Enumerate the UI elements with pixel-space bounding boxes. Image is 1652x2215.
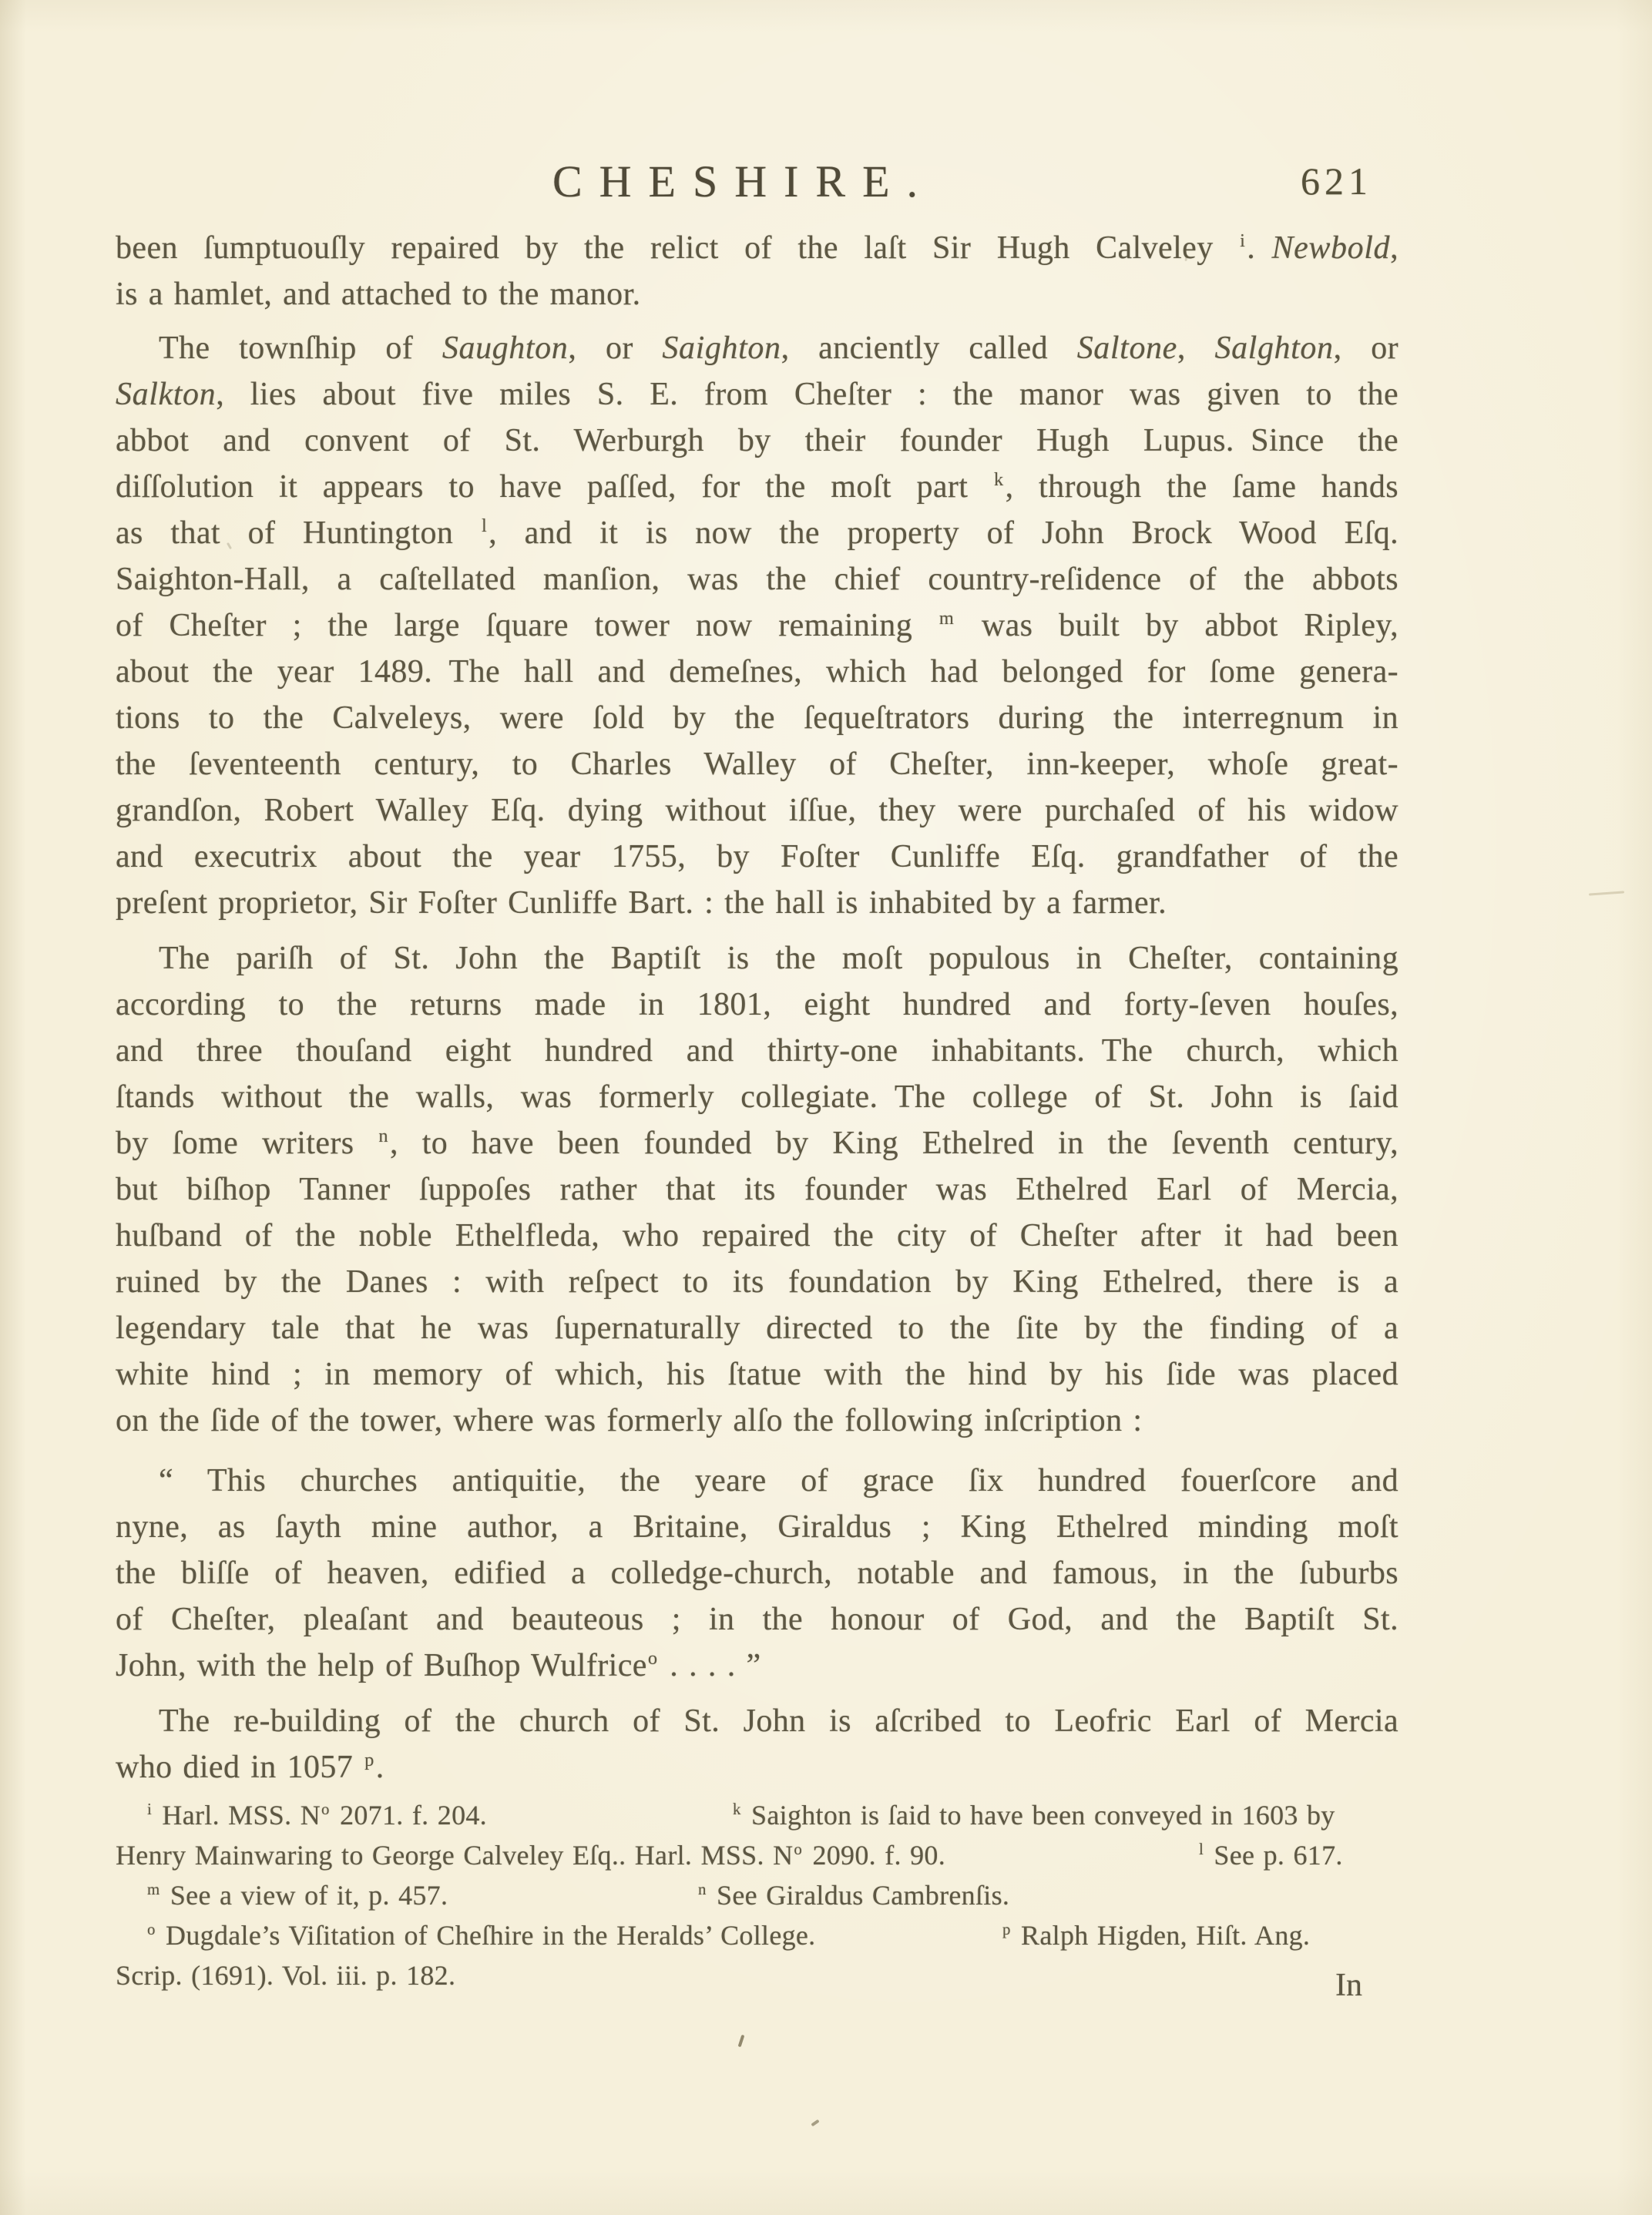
text-line: Saighton-Hall, a caſtellated manſion, wa… xyxy=(116,556,1398,602)
footnote-segment: Scrip. (1691). Vol. iii. p. 182. xyxy=(116,1955,455,1995)
running-title: CHESHIRE. xyxy=(552,156,935,207)
footnote-line: Scrip. (1691). Vol. iii. p. 182. xyxy=(116,1955,1398,1995)
text-line: John, with the help of Buſhop Wulfriceo … xyxy=(116,1643,1398,1689)
paragraph: The re-building of the church of St. Joh… xyxy=(116,1698,1398,1790)
text-line: “ This churches antiquitie, the yeare of… xyxy=(116,1458,1398,1504)
footnote-segment: Henry Mainwaring to George Calveley Eſq.… xyxy=(116,1835,945,1875)
body-text: been ſumptuouſly repaired by the relict … xyxy=(116,225,1398,1790)
text-line: of Cheſter, pleaſant and beauteous ; in … xyxy=(116,1596,1398,1643)
paper-speck xyxy=(738,2035,745,2047)
text-line: but biſhop Tanner ſuppoſes rather that i… xyxy=(116,1166,1398,1213)
text-line: the ſeventeenth century, to Charles Wall… xyxy=(116,741,1398,787)
footnotes: i Harl. MSS. No 2071. f. 204.k Saighton … xyxy=(116,1795,1398,1995)
footnote-line: i Harl. MSS. No 2071. f. 204.k Saighton … xyxy=(116,1795,1398,1835)
footnote-segment: n See Giraldus Cambrenſis. xyxy=(697,1875,1009,1915)
footnote-segment: l See p. 617. xyxy=(1198,1835,1343,1875)
scanned-book-page: { "page": { "header": { "title": "CHESHI… xyxy=(0,0,1652,2215)
text-line: been ſumptuouſly repaired by the relict … xyxy=(116,225,1398,271)
paragraph: “ This churches antiquitie, the yeare of… xyxy=(116,1458,1398,1689)
text-line: grandſon, Robert Walley Eſq. dying witho… xyxy=(116,787,1398,834)
paper-scratch xyxy=(1589,891,1624,895)
text-line: The re-building of the church of St. Joh… xyxy=(116,1698,1398,1744)
text-line: according to the returns made in 1801, e… xyxy=(116,982,1398,1028)
footnote-segment: i Harl. MSS. No 2071. f. 204. xyxy=(146,1795,487,1835)
text-line: nyne, as ſayth mine author, a Britaine, … xyxy=(116,1504,1398,1550)
footnote-segment: o Dugdale’s Viſitation of Cheſhire in th… xyxy=(146,1915,815,1955)
footnote-segment: m See a view of it, p. 457. xyxy=(146,1875,448,1915)
text-line: of Cheſter ; the large ſquare tower now … xyxy=(116,602,1398,649)
text-line: and three thouſand eight hundred and thi… xyxy=(116,1028,1398,1074)
text-line: is a hamlet, and attached to the manor. xyxy=(116,271,1398,317)
text-line: the bliſſe of heaven, edified a colledge… xyxy=(116,1550,1398,1596)
text-line: ſtands without the walls, was formerly c… xyxy=(116,1074,1398,1120)
footnote-line: m See a view of it, p. 457.n See Giraldu… xyxy=(116,1875,1398,1915)
text-line: abbot and convent of St. Werburgh by the… xyxy=(116,418,1398,464)
text-line: legendary tale that he was ſupernaturall… xyxy=(116,1305,1398,1351)
text-line: huſband of the noble Ethelfleda, who rep… xyxy=(116,1213,1398,1259)
text-line: as that of Huntington l, and it is now t… xyxy=(116,510,1398,556)
footnote-line: o Dugdale’s Viſitation of Cheſhire in th… xyxy=(116,1915,1398,1955)
text-line: by ſome writers n, to have been founded … xyxy=(116,1120,1398,1166)
paragraph: The townſhip of Saughton, or Saighton, a… xyxy=(116,325,1398,926)
paragraph: been ſumptuouſly repaired by the relict … xyxy=(116,225,1398,317)
paper-speck xyxy=(811,2119,819,2127)
text-line: Salkton, lies about five miles S. E. fro… xyxy=(116,371,1398,418)
text-line: about the year 1489. The hall and demeſn… xyxy=(116,649,1398,695)
footnote-segment: k Saighton is ſaid to have been conveyed… xyxy=(732,1795,1335,1835)
text-line: preſent proprietor, Sir Foſter Cunliffe … xyxy=(116,880,1398,926)
text-line: ruined by the Danes : with reſpect to it… xyxy=(116,1259,1398,1305)
footnote-line: Henry Mainwaring to George Calveley Eſq.… xyxy=(116,1835,1398,1875)
text-line: white hind ; in memory of which, his ſta… xyxy=(116,1351,1398,1398)
text-line: The townſhip of Saughton, or Saighton, a… xyxy=(116,325,1398,371)
text-line: The pariſh of St. John the Baptiſt is th… xyxy=(116,935,1398,982)
catchword: In xyxy=(1335,1967,1362,2004)
page-number: 621 xyxy=(1301,159,1372,203)
text-line: and executrix about the year 1755, by Fo… xyxy=(116,834,1398,880)
footnote-segment: p Ralph Higden, Hiſt. Ang. xyxy=(1002,1915,1310,1955)
text-line: diſſolution it appears to have paſſed, f… xyxy=(116,464,1398,510)
text-line: on the ſide of the tower, where was form… xyxy=(116,1398,1398,1444)
paragraph: The pariſh of St. John the Baptiſt is th… xyxy=(116,935,1398,1444)
text-line: who died in 1057 p. xyxy=(116,1744,1398,1790)
text-line: tions to the Calveleys, were ſold by the… xyxy=(116,695,1398,741)
